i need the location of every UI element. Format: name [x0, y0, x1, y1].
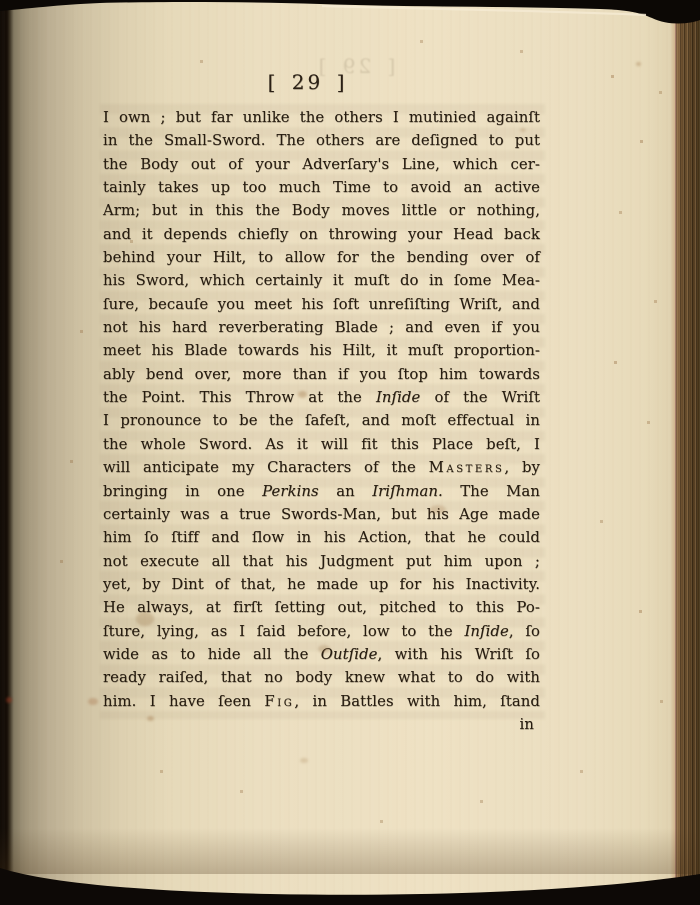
page-text-lines: I own ; but far unlike the others I muti… [103, 106, 540, 713]
text-segment: an [319, 483, 372, 500]
foxing-stain [136, 612, 154, 626]
page-text: I own ; but far unlike the others I muti… [103, 106, 540, 736]
text-segment: I pronounce to be the ſafeſt, and moſt e… [103, 412, 540, 429]
text-segment: him. I have ſeen [103, 693, 264, 710]
text-line: him. I have ſeen Fig, in Battles with hi… [103, 690, 540, 713]
foxing-stain [300, 758, 308, 763]
text-line: yet, by Dint of that, he made up for his… [103, 573, 540, 596]
text-line: and it depends chiefly on throwing your … [103, 223, 540, 246]
text-segment: the Point. This Throw at the [103, 389, 376, 406]
book-page-scan: [ 29 ] [ 29 ] I own ; but far unlike the… [0, 0, 700, 905]
text-segment: not his hard reverberating Blade ; and e… [103, 319, 540, 336]
text-segment: behind your Hilt, to allow for the bendi… [103, 249, 540, 266]
text-line: ready raiſed, that no body knew what to … [103, 666, 540, 689]
text-segment: the Body out of your Adverſary's Line, w… [103, 156, 540, 173]
text-segment: Fig [264, 693, 294, 710]
text-line: ably bend over, more than if you ſtop hi… [103, 363, 540, 386]
text-segment: Arm; but in this the Body moves little o… [103, 202, 540, 219]
text-line: not execute all that his Judgment put hi… [103, 550, 540, 573]
text-segment: ſture, lying, as I ſaid before, low to t… [103, 623, 464, 640]
text-line: certainly was a true Swords-Man, but his… [103, 503, 540, 526]
text-segment: ably bend over, more than if you ſtop hi… [103, 366, 540, 383]
text-segment: ready raiſed, that no body knew what to … [103, 669, 540, 686]
text-segment: will anticipate my Characters of the [103, 459, 429, 476]
page-number: [ 29 ] [89, 70, 526, 94]
text-segment: He always, at firſt ſetting out, pitched… [103, 599, 540, 616]
foxing-stain [318, 645, 330, 653]
text-line: meet his Blade towards his Hilt, it muſt… [103, 339, 540, 362]
bottom-edge-shadow [0, 858, 700, 905]
text-line: in the Small-Sword. The others are deſig… [103, 129, 540, 152]
text-line: He always, at firſt ſetting out, pitched… [103, 596, 540, 619]
text-segment: Inſide [376, 389, 420, 406]
text-segment: , by [504, 459, 540, 476]
foxing-stain [520, 128, 526, 132]
text-segment: not execute all that his Judgment put hi… [103, 553, 540, 570]
text-line: tainly takes up too much Time to avoid a… [103, 176, 540, 199]
text-segment: in the Small-Sword. The others are deſig… [103, 132, 540, 149]
text-line: the Body out of your Adverſary's Line, w… [103, 153, 540, 176]
text-segment: , ſo [509, 623, 540, 640]
text-segment: Perkins [262, 483, 319, 500]
text-line: ſture, lying, as I ſaid before, low to t… [103, 620, 540, 643]
foxing-stain [147, 716, 154, 721]
text-line: will anticipate my Characters of the Mas… [103, 456, 540, 479]
text-segment: , in Battles with him, ſtand [294, 693, 540, 710]
text-line: Arm; but in this the Body moves little o… [103, 199, 540, 222]
foxing-stain [298, 391, 307, 398]
text-segment: Iriſhman. [372, 483, 443, 500]
foxing-stain [636, 62, 641, 66]
catchword: in [103, 713, 540, 736]
text-line: I pronounce to be the ſafeſt, and moſt e… [103, 409, 540, 432]
text-line: bringing in one Perkins an Iriſhman. The… [103, 480, 540, 503]
text-line: the Point. This Throw at the Inſide of t… [103, 386, 540, 409]
book-fore-edge [675, 0, 700, 905]
text-segment: tainly takes up too much Time to avoid a… [103, 179, 540, 196]
text-segment: of the Wriſt [420, 389, 540, 406]
text-segment: Masters [429, 459, 505, 476]
text-segment: his Sword, which certainly it muſt do in… [103, 272, 540, 289]
foxing-stain [430, 505, 446, 514]
text-segment: ſure, becauſe you meet his ſoft unreſiſt… [103, 296, 540, 313]
text-segment: I own ; but far unlike the others I muti… [103, 109, 540, 126]
text-line: his Sword, which certainly it muſt do in… [103, 269, 540, 292]
text-segment: the whole Sword. As it will fit this Pla… [103, 436, 540, 453]
foxing-stain [6, 697, 12, 703]
text-segment: meet his Blade towards his Hilt, it muſt… [103, 342, 540, 359]
text-segment: Inſide [464, 623, 508, 640]
text-line: behind your Hilt, to allow for the bendi… [103, 246, 540, 269]
text-line: not his hard reverberating Blade ; and e… [103, 316, 540, 339]
text-segment: wide as to hide all the [103, 646, 321, 663]
foxing-stain [88, 698, 98, 705]
text-line: I own ; but far unlike the others I muti… [103, 106, 540, 129]
text-line: ſure, becauſe you meet his ſoft unreſiſt… [103, 293, 540, 316]
text-segment: , with his Wriſt ſo [378, 646, 540, 663]
text-segment: yet, by Dint of that, he made up for his… [103, 576, 540, 593]
top-edge-shadow [0, 0, 700, 30]
text-segment: bringing in one [103, 483, 262, 500]
text-segment: certainly was a true Swords-Man, but his… [103, 506, 540, 523]
text-line: him ſo ſtiff and ſlow in his Action, tha… [103, 526, 540, 549]
text-segment: The Man [443, 483, 540, 500]
text-line: the whole Sword. As it will fit this Pla… [103, 433, 540, 456]
text-segment: and it depends chiefly on throwing your … [103, 226, 540, 243]
text-segment: him ſo ſtiff and ſlow in his Action, tha… [103, 529, 540, 546]
